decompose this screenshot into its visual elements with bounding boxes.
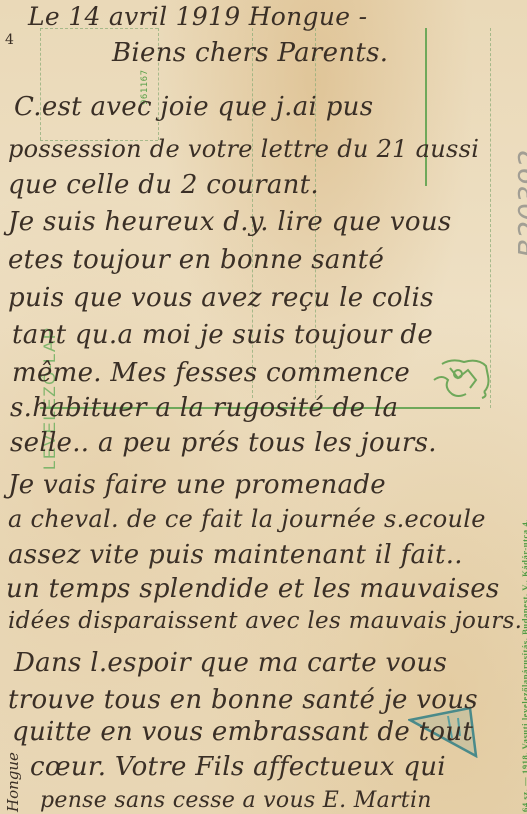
letter-line: C.est avec joie que j.ai pus	[14, 92, 373, 122]
postcard-back: 961167 LEVELEZŐ-LAP 64 sz. — 1918. Vasut…	[0, 0, 527, 814]
letter-signature-line: pense sans cesse a vous E. Martin	[40, 788, 432, 813]
letter-header: Le 14 avril 1919 Hongue -	[28, 2, 367, 31]
letter-line: quitte en vous embrassant de tout	[12, 717, 473, 747]
letter-line: assez vite puis maintenant il fait..	[8, 540, 463, 570]
letter-line: Je vais faire une promenade	[8, 470, 386, 500]
letter-line: que celle du 2 courant.	[8, 170, 319, 200]
letter-line: etes toujour en bonne santé	[8, 245, 384, 275]
letter-line: Dans l.espoir que ma carte vous	[14, 648, 447, 678]
printer-imprint: 64 sz. — 1918. Vasuti levelezőlapárusítá…	[520, 519, 527, 812]
hungarian-coat-of-arms-icon	[428, 356, 498, 402]
letter-line: tant qu.a moi je suis toujour de	[12, 320, 433, 350]
archive-number: B20392	[512, 150, 527, 258]
letter-line: selle.. a peu prés tous les jours.	[10, 428, 437, 458]
letter-line: puis que vous avez reçu le colis	[8, 283, 434, 313]
letter-line: cœur. Votre Fils affectueux qui	[30, 752, 446, 782]
letter-line: idées disparaissent avec les mauvais jou…	[8, 608, 522, 634]
letter-line: un temps splendide et les mauvaises	[6, 574, 500, 604]
letter-line: possession de votre lettre du 21 aussi	[8, 135, 479, 163]
corner-mark: 4	[5, 32, 14, 48]
dotted-divider	[490, 28, 491, 408]
margin-note: Hongue	[4, 752, 22, 812]
letter-line: a cheval. de ce fait la journée s.ecoule	[8, 505, 486, 533]
address-box-line	[40, 28, 41, 140]
letter-line: trouve tous en bonne santé je vous	[8, 685, 478, 715]
letter-line: même. Mes fesses commence	[12, 358, 410, 388]
letter-line: s.habituer a la rugosité de la	[10, 393, 398, 423]
salutation: Biens chers Parents.	[112, 38, 388, 68]
letter-line: Je suis heureux d.y. lire que vous	[8, 207, 452, 237]
